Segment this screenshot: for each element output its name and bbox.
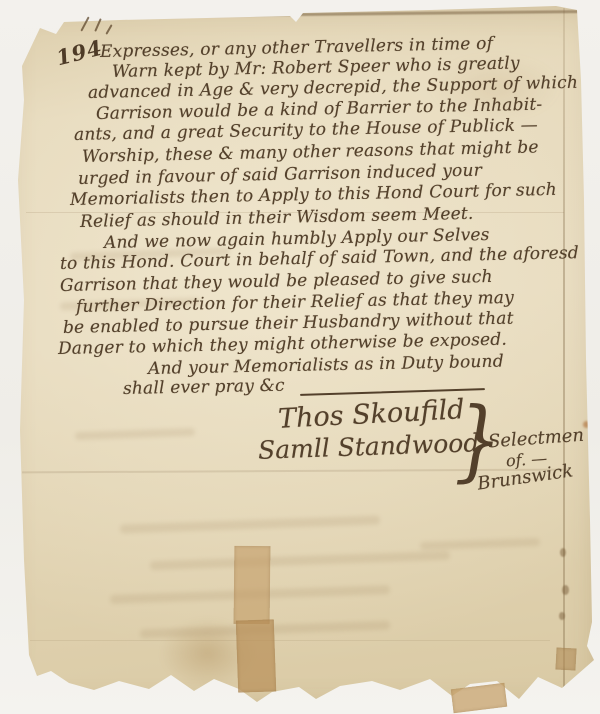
crease-line (30, 640, 550, 641)
fold-spot (560, 548, 566, 557)
tape-repair (555, 647, 576, 670)
scanned-document-photo: 194 Expresses, or any other Travellers i… (0, 0, 600, 714)
text-line: shall ever pray &c (123, 376, 285, 399)
tape-repair (451, 683, 508, 713)
fold-spot (562, 585, 569, 595)
fold-spot (559, 612, 565, 620)
tape-repair (236, 619, 276, 692)
stain (583, 421, 590, 428)
tape-repair (234, 546, 271, 624)
